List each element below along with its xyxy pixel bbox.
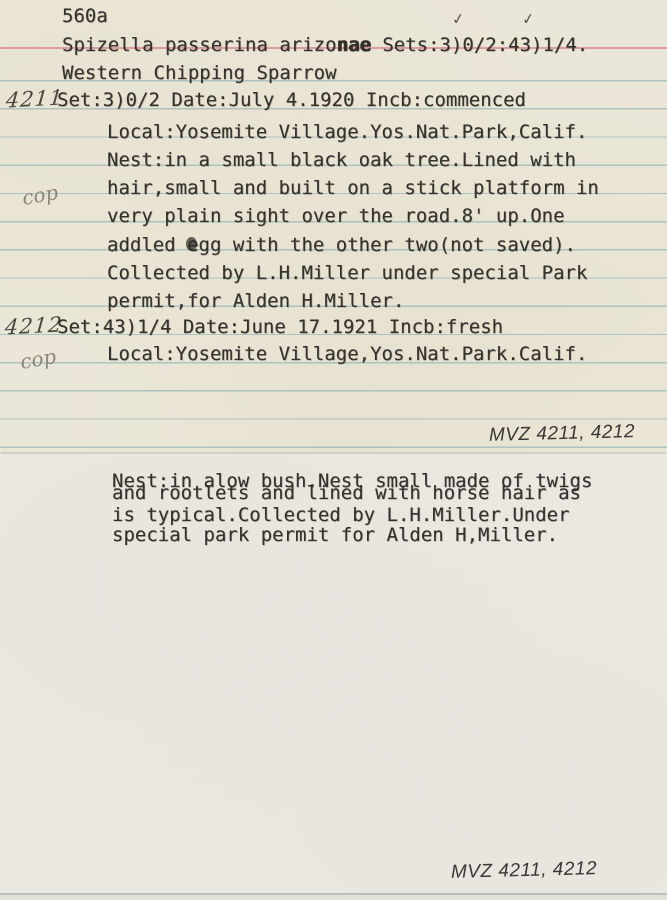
body-line: Local:Yosemite Village,Yos.Nat.Park.Cali… <box>107 345 587 364</box>
specimen-card-front: 560a Spizella passerina arizonae Sets:3)… <box>0 0 667 452</box>
set-header: Set:43)1/4 Date:June 17.1921 Incb:fresh <box>57 318 503 337</box>
ink-blot <box>186 237 197 251</box>
checkmark-icon: ✓ <box>451 9 466 29</box>
body-line: Nest:in a small black oak tree.Lined wit… <box>107 151 576 170</box>
sets-notation: Sets:3)0/2:43)1/4. <box>371 34 588 56</box>
species-name-overstrike: nae <box>337 34 371 56</box>
handwritten-mvz-ref: MVZ 4211, 4212 <box>489 421 636 447</box>
common-name: Western Chipping Sparrow <box>62 64 337 83</box>
margin-specimen-number: 4212 <box>4 312 63 339</box>
body-line: very plain sight over the road.8' up.One <box>107 207 565 226</box>
margin-specimen-number: 4211 <box>5 85 64 112</box>
handwritten-mvz-ref: MVZ 4211, 4212 <box>451 858 598 884</box>
species-line: Spizella passerina arizonae Sets:3)0/2:4… <box>62 36 588 55</box>
body-line: permit,for Alden H.Miller. <box>107 292 404 311</box>
body-line: addled egg with the other two(not saved)… <box>107 236 576 255</box>
body-line: Local:Yosemite Village.Yos.Nat.Park,Cali… <box>107 123 587 142</box>
body-line: is typical.Collected by L.H.Miller.Under <box>112 506 570 525</box>
body-line: and rootlets and lined with horse hair a… <box>112 484 581 503</box>
body-line: Collected by L.H.Miller under special Pa… <box>107 264 587 283</box>
body-line: special park permit for Alden H,Miller. <box>112 526 558 545</box>
card-bottom-edge-rule <box>0 893 667 895</box>
card-bottom-strip <box>0 895 667 900</box>
species-name-lead: Spizella passerina arizo <box>62 34 337 56</box>
card-number: 560a <box>62 7 108 26</box>
set-header: Set:3)0/2 Date:July 4.1920 Incb:commence… <box>57 91 526 110</box>
body-line: hair,small and built on a stick platform… <box>107 179 599 198</box>
scanned-specimen-card-page: 560a Spizella passerina arizonae Sets:3)… <box>0 0 667 900</box>
checkmark-icon: ✓ <box>521 9 536 29</box>
specimen-card-back: Nest:in alow bush.Nest small made of twi… <box>0 456 667 900</box>
